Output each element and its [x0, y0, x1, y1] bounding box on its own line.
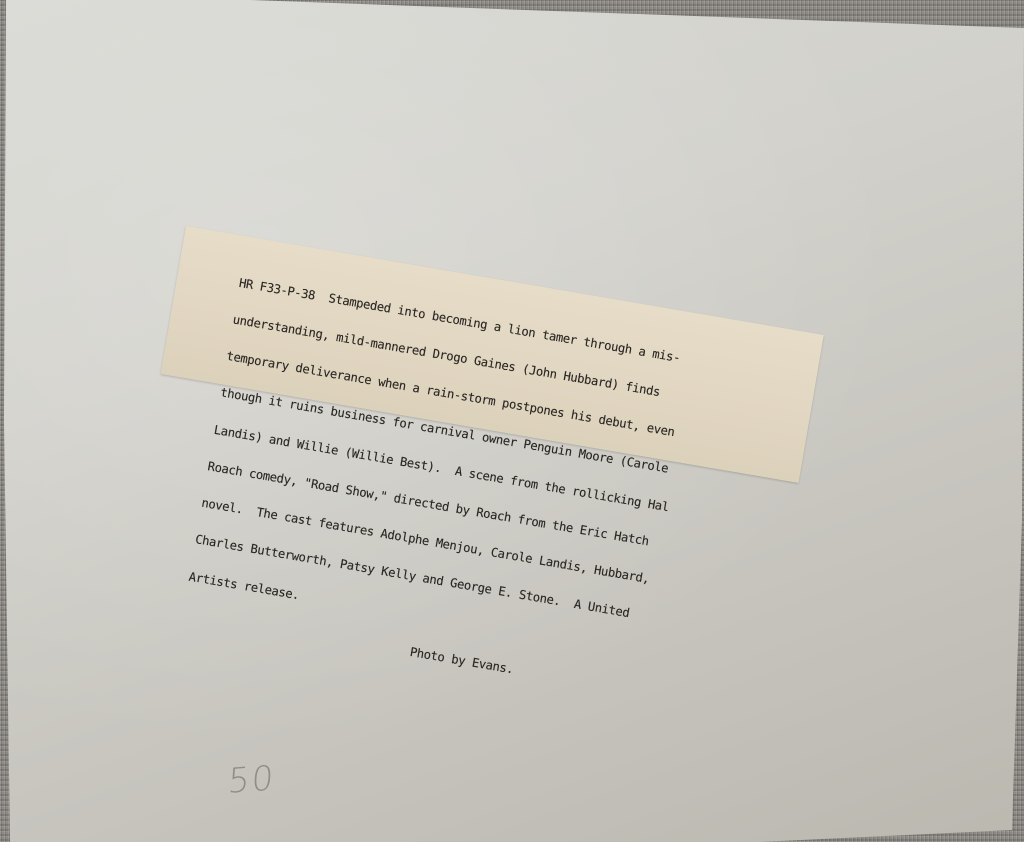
pencil-notation: 50 [227, 758, 277, 802]
caption-text: HR F33-P-38 Stampeded into becoming a li… [178, 252, 699, 721]
